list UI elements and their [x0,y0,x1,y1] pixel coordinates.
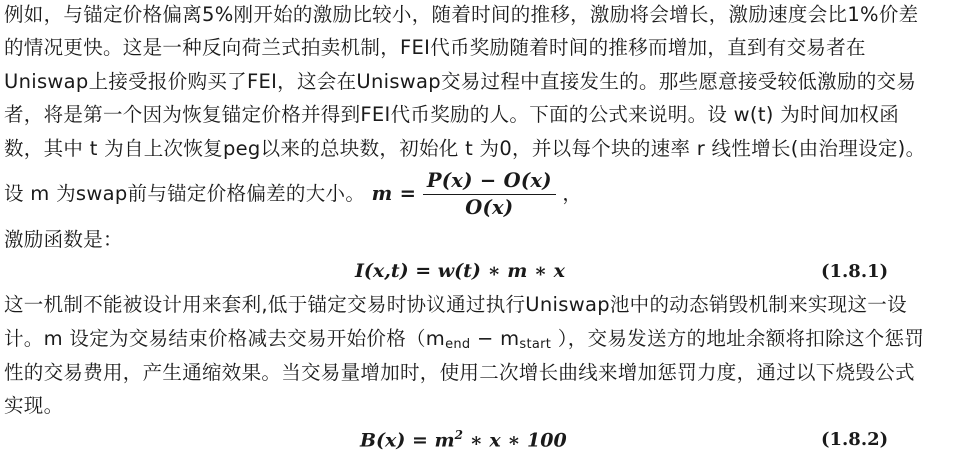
text-line: 的情况更快。这是一种反向荷兰式拍卖机制，FEI代币奖励随着时间的推移而增加，直到… [4,36,866,60]
equation-1-formula: I(x,t) = w(t) ∗ m ∗ x [355,260,565,282]
equation-2-number: (1.8.2) [821,429,888,450]
fraction-denominator: O(x) [423,195,556,221]
text-line: 这一机制不能被设计用来套利,低于锚定交易时协议通过执行Uniswap池中的动态销… [4,293,907,317]
m-definition-comma: ， [562,182,582,205]
text-line: Uniswap上接受报价购买了FEI，这会在Uniswap交易过程中直接发生的。… [4,70,916,94]
m-equals: m = [372,182,417,205]
text-line: 者，将是第一个因为恢复锚定价格并得到FEI代币奖励的人。下面的公式来说明。设 w… [4,103,899,127]
text-line: 数，其中 t 为自上次恢复peg以来的总块数，初始化 t 为0，并以每个块的速率… [4,137,925,161]
text-segment: ），交易发送方的地址余额将扣除这个惩罚 [551,327,924,350]
subscript-start: start [519,337,551,352]
m-definition-text: 设 m 为swap前与锚定价格偏差的大小。 [4,182,365,205]
text-segment: − m [470,327,519,350]
formula-exponent: 2 [455,428,463,442]
fraction-numerator: P(x) − O(x) [423,168,556,195]
text-line: 性的交易费用，产生通缩效果。当交易量增加时，使用二次增长曲线来增加惩罚力度，通过… [4,361,915,385]
m-definition-line: 设 m 为swap前与锚定价格偏差的大小。 m = P(x) − O(x) O(… [4,165,582,223]
text-line: 实现。 [4,394,63,418]
equation-1-number: (1.8.1) [821,261,888,282]
text-segment: 计。m 设定为交易结束价格减去交易开始价格（m [4,327,445,350]
incentive-intro: 激励函数是： [4,228,123,252]
equation-2-formula: B(x) = m2 ∗ x ∗ 100 [360,428,567,451]
text-line-with-subscripts: 计。m 设定为交易结束价格减去交易开始价格（mend − mstart ），交易… [4,327,924,357]
text-line: 例如，与锚定价格偏离5%刚开始的激励比较小，随着时间的推移，激励将会增长，激励速… [4,3,918,27]
m-fraction: P(x) − O(x) O(x) [423,168,556,221]
formula-segment: B(x) = m [360,429,455,451]
formula-segment: ∗ x ∗ 100 [463,429,567,451]
subscript-end: end [445,337,470,352]
